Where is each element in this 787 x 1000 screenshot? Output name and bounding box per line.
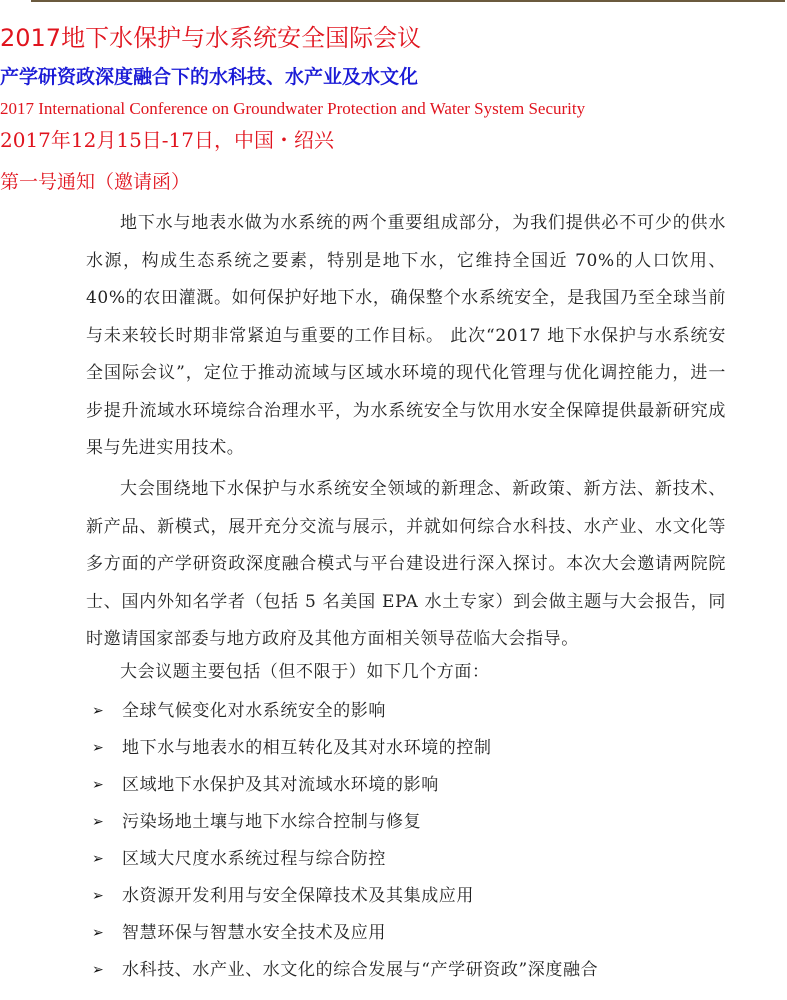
top-border-rule bbox=[31, 0, 785, 2]
paragraph-topics-lead: 大会议题主要包括（但不限于）如下几个方面： bbox=[86, 654, 726, 692]
date-location: 2017年12月15日-17日，中国・绍兴 bbox=[0, 125, 787, 155]
list-item: ➢ 区域大尺度水系统过程与综合防控 bbox=[92, 841, 598, 878]
list-item: ➢ 水资源开发利用与安全保障技术及其集成应用 bbox=[92, 878, 598, 915]
topic-label: 区域地下水保护及其对流域水环境的影响 bbox=[122, 767, 439, 804]
topic-label: 全球气候变化对水系统安全的影响 bbox=[122, 693, 386, 730]
arrow-bullet-icon: ➢ bbox=[92, 841, 122, 878]
conference-title-cn: 2017地下水保护与水系统安全国际会议 bbox=[0, 22, 787, 54]
topics-list: ➢ 全球气候变化对水系统安全的影响 ➢ 地下水与地表水的相互转化及其对水环境的控… bbox=[92, 693, 598, 989]
topic-label: 水资源开发利用与安全保障技术及其集成应用 bbox=[122, 878, 474, 915]
arrow-bullet-icon: ➢ bbox=[92, 952, 122, 989]
list-item: ➢ 区域地下水保护及其对流域水环境的影响 bbox=[92, 767, 598, 804]
topic-label: 区域大尺度水系统过程与综合防控 bbox=[122, 841, 386, 878]
topic-label: 水科技、水产业、水文化的综合发展与“产学研资政”深度融合 bbox=[122, 952, 598, 989]
arrow-bullet-icon: ➢ bbox=[92, 878, 122, 915]
notice-title: 第一号通知（邀请函） bbox=[0, 167, 787, 197]
arrow-bullet-icon: ➢ bbox=[92, 767, 122, 804]
arrow-bullet-icon: ➢ bbox=[92, 730, 122, 767]
arrow-bullet-icon: ➢ bbox=[92, 804, 122, 841]
list-item: ➢ 智慧环保与智慧水安全技术及应用 bbox=[92, 915, 598, 952]
list-item: ➢ 全球气候变化对水系统安全的影响 bbox=[92, 693, 598, 730]
topic-label: 智慧环保与智慧水安全技术及应用 bbox=[122, 915, 386, 952]
conference-title-en: 2017 International Conference on Groundw… bbox=[0, 98, 787, 120]
list-item: ➢ 水科技、水产业、水文化的综合发展与“产学研资政”深度融合 bbox=[92, 952, 598, 989]
list-item: ➢ 污染场地土壤与地下水综合控制与修复 bbox=[92, 804, 598, 841]
paragraph-scope: 大会围绕地下水保护与水系统安全领域的新理念、新政策、新方法、新技术、新产品、新模… bbox=[86, 471, 726, 659]
arrow-bullet-icon: ➢ bbox=[92, 915, 122, 952]
topic-label: 污染场地土壤与地下水综合控制与修复 bbox=[122, 804, 421, 841]
list-item: ➢ 地下水与地表水的相互转化及其对水环境的控制 bbox=[92, 730, 598, 767]
conference-subtitle-cn: 产学研资政深度融合下的水科技、水产业及水文化 bbox=[0, 64, 787, 90]
topic-label: 地下水与地表水的相互转化及其对水环境的控制 bbox=[122, 730, 492, 767]
paragraph-intro: 地下水与地表水做为水系统的两个重要组成部分，为我们提供必不可少的供水水源，构成生… bbox=[86, 205, 726, 468]
arrow-bullet-icon: ➢ bbox=[92, 693, 122, 730]
